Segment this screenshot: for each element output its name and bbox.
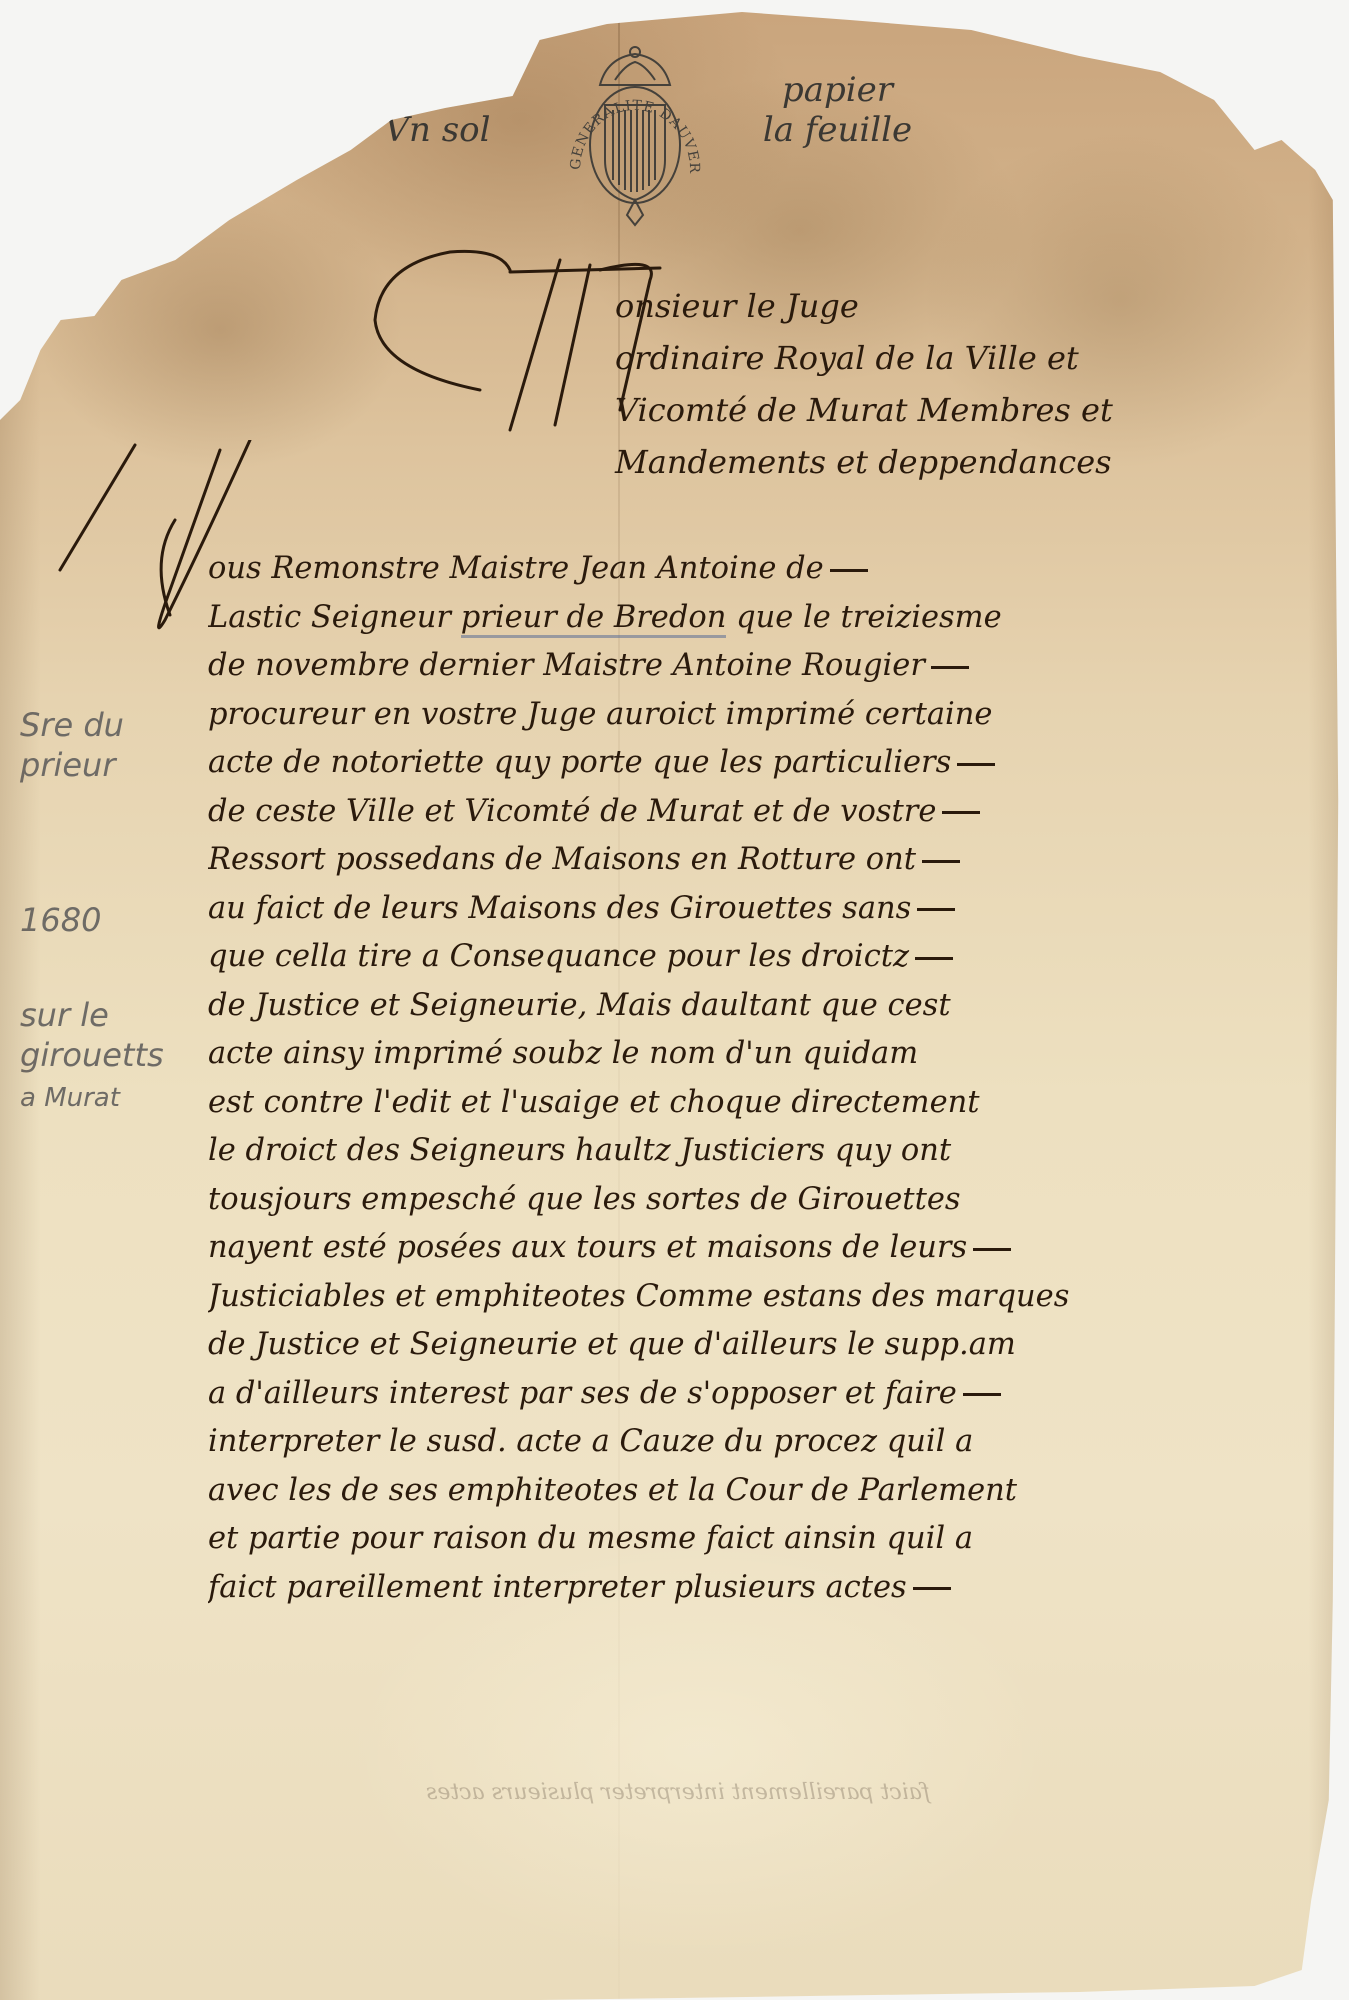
stamp-right-line-2: la feuille [763,110,912,150]
body-line: de Justice et Seigneurie, Mais daultant … [208,982,1338,1031]
body-line: nayent esté posées aux tours et maisons … [208,1224,1338,1273]
body-line: Ressort possedans de Maisons en Rotture … [208,836,1338,885]
body-line: Justiciables et emphiteotes Comme estans… [208,1273,1338,1322]
body-line: et partie pour raison du mesme faict ain… [208,1515,1338,1564]
stamp-left-text: Petit Vn sol [355,70,520,150]
stamp-right-line-1: papier [782,70,893,110]
body-line: de ceste Ville et Vicomté de Murat et de… [208,788,1338,837]
body-line: tousjours empesché que les sortes de Gir… [208,1176,1338,1225]
stamp-left-line-2: Vn sol [384,110,490,150]
body-line: faict pareillement interpreter plusieurs… [208,1564,1338,1613]
body-line: procureur en vostre Juge auroict imprimé… [208,691,1338,740]
underlined-phrase: prieur de Bredon [461,600,727,638]
body-line: de novembre dernier Maistre Antoine Roug… [208,642,1338,691]
petition-body: ous Remonstre Maistre Jean Antoine de La… [208,545,1338,1612]
body-line: de Justice et Seigneurie et que d'ailleu… [208,1321,1338,1370]
aged-paper-sheet: Petit Vn sol GENERALITE [0,0,1349,2000]
stamp-right-text: papier la feuille [750,70,925,150]
svg-text:GENERALITE DAUVERGNE: GENERALITE DAUVERGNE [555,40,702,174]
heading-line-4: Mandements et deppendances [615,436,1335,488]
body-line: ous Remonstre Maistre Jean Antoine de [208,545,1338,594]
body-line: acte ainsy imprimé soubz le nom d'un qui… [208,1030,1338,1079]
ink-bleed-through: faict pareillement interpreter plusieurs… [230,1780,930,1805]
body-line: est contre l'edit et l'usaige et choque … [208,1079,1338,1128]
body-line: interpreter le susd. acte a Cauze du pro… [208,1418,1338,1467]
margin-note-seigneur: Sre du prieur [20,705,210,785]
crowned-coat-of-arms-icon: GENERALITE DAUVERGNE [555,40,715,230]
address-heading: onsieur le Juge ordinaire Royal de la Vi… [615,280,1335,488]
body-line: au faict de leurs Maisons des Girouettes… [208,885,1338,934]
body-line: que cella tire a Consequance pour les dr… [208,933,1338,982]
scanned-document: Petit Vn sol GENERALITE [0,0,1349,2000]
body-line: avec les de ses emphiteotes et la Cour d… [208,1467,1338,1516]
body-line: le droict des Seigneurs haultz Justicier… [208,1127,1338,1176]
decorative-initial-v [20,440,260,640]
stamp-left-line-1: Petit [398,70,478,110]
seal-legend: GENERALITE DAUVERGNE [555,40,702,174]
margin-note-subject: sur le girouetts a Murat [20,995,210,1118]
body-line: acte de notoriette quy porte que les par… [208,739,1338,788]
tax-stamp: Petit Vn sol GENERALITE [355,40,915,210]
heading-line-3: Vicomté de Murat Membres et [615,384,1335,436]
paper-fold-crease [618,0,620,2000]
margin-note-year: 1680 [20,900,210,940]
heading-line-1: onsieur le Juge [615,280,1335,332]
body-line: Lastic Seigneur prieur de Bredon que le … [208,594,1338,643]
body-line: a d'ailleurs interest par ses de s'oppos… [208,1370,1338,1419]
decorative-initial-m [360,240,780,440]
heading-line-2: ordinaire Royal de la Ville et [615,332,1335,384]
